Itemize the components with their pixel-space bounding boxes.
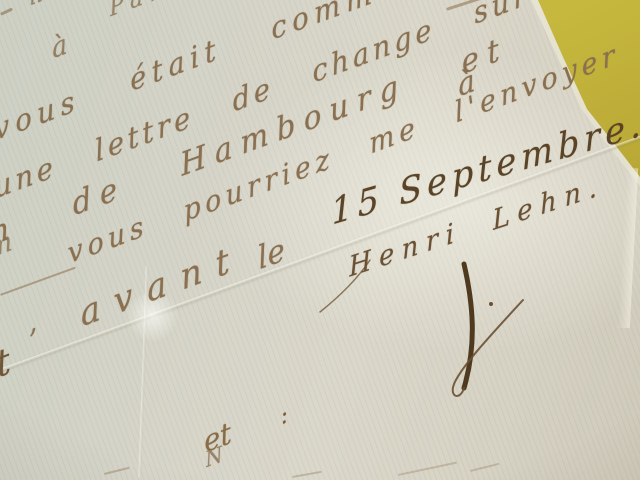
handwriting-bottom-fragment: N: [204, 444, 224, 472]
handwriting-le: le: [256, 234, 287, 275]
signature-flourish: [318, 248, 538, 408]
photo-of-handwritten-letter: li à Paris vous était commode. une lettr…: [0, 0, 640, 480]
signature-period-dot: [489, 302, 493, 306]
